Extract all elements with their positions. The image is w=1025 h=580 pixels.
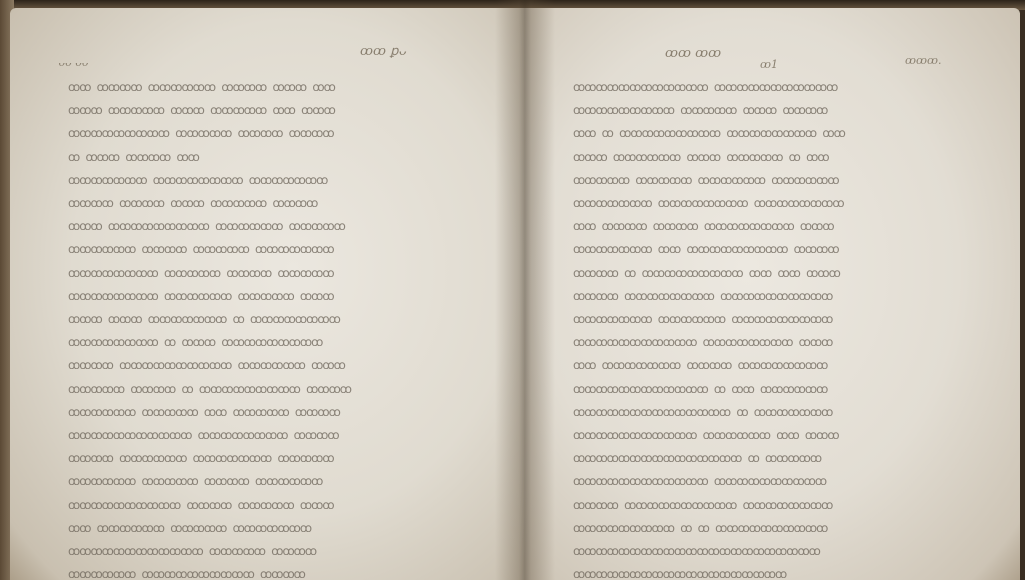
text-line: ꝏꝏꝏꝏ ꝏꝏꝏꝏꝏꝏꝏꝏꝏꝏ ꝏꝏꝏꝏꝏꝏ ꝏꝏꝏ <box>68 358 518 369</box>
text-line: ꝏꝏꝏꝏꝏꝏꝏꝏꝏꝏ ꝏꝏꝏꝏ ꝏꝏꝏꝏꝏ ꝏꝏꝏ <box>68 498 518 509</box>
text-line: ꝏꝏꝏꝏꝏꝏꝏꝏꝏꝏꝏꝏꝏꝏꝏꝏꝏꝏꝏ <box>573 567 1003 578</box>
text-line: ꝏꝏ ꝏꝏꝏꝏ ꝏꝏꝏꝏꝏꝏ ꝏꝏꝏꝏ ꝏꝏꝏ ꝏꝏ <box>68 80 518 91</box>
text-line: ꝏꝏꝏꝏꝏꝏꝏꝏꝏꝏꝏꝏ ꝏꝏꝏꝏꝏꝏꝏꝏꝏꝏꝏ <box>573 80 1003 91</box>
text-line: ꝏꝏꝏꝏꝏꝏꝏꝏꝏꝏꝏꝏꝏꝏ ꝏ ꝏꝏꝏꝏꝏꝏꝏ <box>573 405 1003 416</box>
text-line: ꝏꝏꝏꝏꝏꝏ ꝏꝏꝏꝏꝏ ꝏꝏ ꝏꝏꝏꝏꝏ ꝏꝏꝏꝏ <box>68 405 518 416</box>
text-line: ꝏꝏꝏꝏꝏꝏꝏꝏꝏꝏꝏ ꝏꝏꝏꝏꝏꝏꝏꝏ ꝏꝏꝏ <box>573 335 1003 346</box>
right-page-header: ꝏꝏ ꝏꝏ <box>665 46 721 61</box>
text-line: ꝏꝏꝏ ꝏꝏꝏꝏꝏ ꝏꝏꝏ ꝏꝏꝏꝏꝏ ꝏꝏ ꝏꝏꝏ <box>68 103 518 114</box>
text-line: ꝏꝏ ꝏ ꝏꝏꝏꝏꝏꝏꝏꝏꝏ ꝏꝏꝏꝏꝏꝏꝏꝏ ꝏꝏ <box>573 126 1003 137</box>
text-line: ꝏꝏꝏꝏꝏꝏ ꝏꝏꝏꝏꝏꝏꝏꝏꝏꝏ ꝏꝏꝏꝏ <box>68 567 518 578</box>
text-line: ꝏꝏꝏꝏ ꝏꝏꝏꝏꝏꝏꝏꝏ ꝏꝏꝏꝏꝏꝏꝏꝏꝏꝏ <box>573 289 1003 300</box>
text-line: ꝏꝏꝏꝏꝏꝏꝏꝏ ꝏꝏꝏꝏꝏ ꝏꝏꝏꝏ ꝏꝏꝏꝏꝏ <box>68 266 518 277</box>
text-line: ꝏꝏꝏꝏꝏꝏꝏꝏꝏ ꝏ ꝏ ꝏꝏꝏꝏꝏꝏꝏꝏꝏꝏ <box>573 521 1003 532</box>
text-line: ꝏꝏꝏ ꝏꝏꝏꝏꝏꝏꝏꝏꝏ ꝏꝏꝏꝏꝏꝏ ꝏꝏꝏꝏꝏ <box>68 219 518 230</box>
text-line: ꝏꝏꝏꝏ ꝏꝏꝏꝏꝏꝏ ꝏꝏꝏꝏꝏꝏꝏ ꝏꝏꝏꝏꝏ <box>68 451 518 462</box>
right-corner-note: ꝏꝏꝏ. <box>905 54 941 67</box>
text-line: ꝏꝏꝏꝏꝏꝏꝏꝏꝏꝏꝏꝏꝏꝏꝏ ꝏ ꝏꝏꝏꝏꝏ <box>573 451 1003 462</box>
text-line: ꝏꝏꝏꝏꝏꝏꝏ ꝏꝏꝏꝏꝏꝏ ꝏꝏꝏꝏꝏꝏꝏꝏꝏ <box>573 312 1003 323</box>
text-line: ꝏꝏꝏꝏ ꝏ ꝏꝏꝏꝏꝏꝏꝏꝏꝏ ꝏꝏ ꝏꝏ ꝏꝏꝏ <box>573 266 1003 277</box>
left-page: ᴗᴗ ᴗᴗ ꝏꝏ ꝑᴗ ꝏꝏ ꝏꝏꝏꝏ ꝏꝏꝏꝏꝏꝏ ꝏꝏꝏꝏ ꝏꝏꝏ ꝏꝏꝏꝏ… <box>10 8 525 580</box>
text-line: ꝏꝏꝏꝏꝏꝏꝏꝏꝏꝏꝏꝏ ꝏꝏꝏꝏꝏꝏꝏꝏꝏꝏ <box>573 474 1003 485</box>
text-line: ꝏꝏꝏꝏꝏꝏꝏꝏꝏꝏꝏꝏ ꝏꝏꝏꝏꝏ ꝏꝏꝏꝏ <box>68 544 518 555</box>
text-line: ꝏꝏꝏꝏꝏꝏꝏꝏꝏ ꝏꝏꝏꝏꝏ ꝏꝏꝏꝏ ꝏꝏꝏꝏ <box>68 126 518 137</box>
left-corner-note: ᴗᴗ ᴗᴗ <box>58 56 88 69</box>
text-line: ꝏꝏꝏꝏꝏꝏꝏꝏ ꝏ ꝏꝏꝏ ꝏꝏꝏꝏꝏꝏꝏꝏꝏ <box>68 335 518 346</box>
text-line: ꝏꝏꝏꝏꝏꝏꝏꝏ ꝏꝏꝏꝏꝏꝏ ꝏꝏꝏꝏꝏ ꝏꝏꝏ <box>68 289 518 300</box>
text-line: ꝏꝏꝏꝏꝏꝏꝏ ꝏꝏꝏꝏꝏꝏꝏꝏ ꝏꝏꝏꝏꝏꝏꝏꝏ <box>573 196 1003 207</box>
text-line: ꝏꝏ ꝏꝏꝏꝏꝏꝏ ꝏꝏꝏꝏꝏ ꝏꝏꝏꝏꝏꝏꝏ <box>68 521 518 532</box>
open-book: ᴗᴗ ᴗᴗ ꝏꝏ ꝑᴗ ꝏꝏ ꝏꝏꝏꝏ ꝏꝏꝏꝏꝏꝏ ꝏꝏꝏꝏ ꝏꝏꝏ ꝏꝏꝏꝏ… <box>0 0 1025 580</box>
text-line: ꝏꝏ ꝏꝏꝏꝏꝏꝏꝏ ꝏꝏꝏꝏ ꝏꝏꝏꝏꝏꝏꝏꝏ <box>573 358 1003 369</box>
text-line: ꝏꝏꝏ ꝏꝏꝏꝏꝏꝏ ꝏꝏꝏ ꝏꝏꝏꝏꝏ ꝏ ꝏꝏ <box>573 150 1003 161</box>
text-line: ꝏꝏꝏꝏ ꝏꝏꝏꝏ ꝏꝏꝏ ꝏꝏꝏꝏꝏ ꝏꝏꝏꝏ <box>68 196 518 207</box>
text-line: ꝏꝏꝏꝏꝏꝏ ꝏꝏꝏꝏꝏ ꝏꝏꝏꝏ ꝏꝏꝏꝏꝏꝏ <box>68 474 518 485</box>
text-line: ꝏꝏꝏꝏꝏꝏꝏ ꝏꝏꝏꝏꝏꝏꝏꝏ ꝏꝏꝏꝏꝏꝏꝏ <box>68 173 518 184</box>
text-line: ꝏꝏꝏ ꝏꝏꝏ ꝏꝏꝏꝏꝏꝏꝏ ꝏ ꝏꝏꝏꝏꝏꝏꝏꝏ <box>68 312 518 323</box>
text-line: ꝏꝏꝏꝏꝏꝏꝏꝏꝏꝏꝏ ꝏꝏꝏꝏꝏꝏ ꝏꝏ ꝏꝏꝏ <box>573 428 1003 439</box>
text-line: ꝏꝏꝏꝏꝏ ꝏꝏꝏꝏ ꝏ ꝏꝏꝏꝏꝏꝏꝏꝏꝏ ꝏꝏꝏꝏ <box>68 382 518 393</box>
text-line: ꝏꝏꝏꝏ ꝏꝏꝏꝏꝏꝏꝏꝏꝏꝏ ꝏꝏꝏꝏꝏꝏꝏꝏ <box>573 498 1003 509</box>
text-line: ꝏꝏꝏꝏꝏꝏꝏꝏꝏꝏꝏ ꝏꝏꝏꝏꝏꝏꝏꝏ ꝏꝏꝏꝏ <box>68 428 518 439</box>
text-line: ꝏꝏꝏꝏꝏꝏꝏꝏꝏꝏꝏꝏꝏꝏꝏꝏꝏꝏꝏꝏꝏꝏ <box>573 544 1003 555</box>
text-line: ꝏꝏꝏꝏꝏꝏꝏ ꝏꝏ ꝏꝏꝏꝏꝏꝏꝏꝏꝏ ꝏꝏꝏꝏ <box>573 242 1003 253</box>
text-line: ꝏ ꝏꝏꝏ ꝏꝏꝏꝏ ꝏꝏ <box>68 150 518 161</box>
text-line: ꝏꝏꝏꝏꝏꝏ ꝏꝏꝏꝏ ꝏꝏꝏꝏꝏ ꝏꝏꝏꝏꝏꝏꝏ <box>68 242 518 253</box>
text-line: ꝏꝏꝏꝏꝏ ꝏꝏꝏꝏꝏ ꝏꝏꝏꝏꝏꝏ ꝏꝏꝏꝏꝏꝏ <box>573 173 1003 184</box>
right-page-mark: ꝏ1 <box>760 58 778 71</box>
right-page: ꝏꝏ ꝏꝏ ꝏ1 ꝏꝏꝏ. ꝏꝏꝏꝏꝏꝏꝏꝏꝏꝏꝏꝏ ꝏꝏꝏꝏꝏꝏꝏꝏꝏꝏꝏꝏꝏ… <box>525 8 1020 580</box>
text-line: ꝏꝏꝏꝏꝏꝏꝏꝏꝏꝏꝏꝏ ꝏ ꝏꝏ ꝏꝏꝏꝏꝏꝏ <box>573 382 1003 393</box>
text-line: ꝏꝏ ꝏꝏꝏꝏ ꝏꝏꝏꝏ ꝏꝏꝏꝏꝏꝏꝏꝏ ꝏꝏꝏ <box>573 219 1003 230</box>
left-page-header: ꝏꝏ ꝑᴗ <box>360 44 406 59</box>
text-line: ꝏꝏꝏꝏꝏꝏꝏꝏꝏ ꝏꝏꝏꝏꝏ ꝏꝏꝏ ꝏꝏꝏꝏ <box>573 103 1003 114</box>
